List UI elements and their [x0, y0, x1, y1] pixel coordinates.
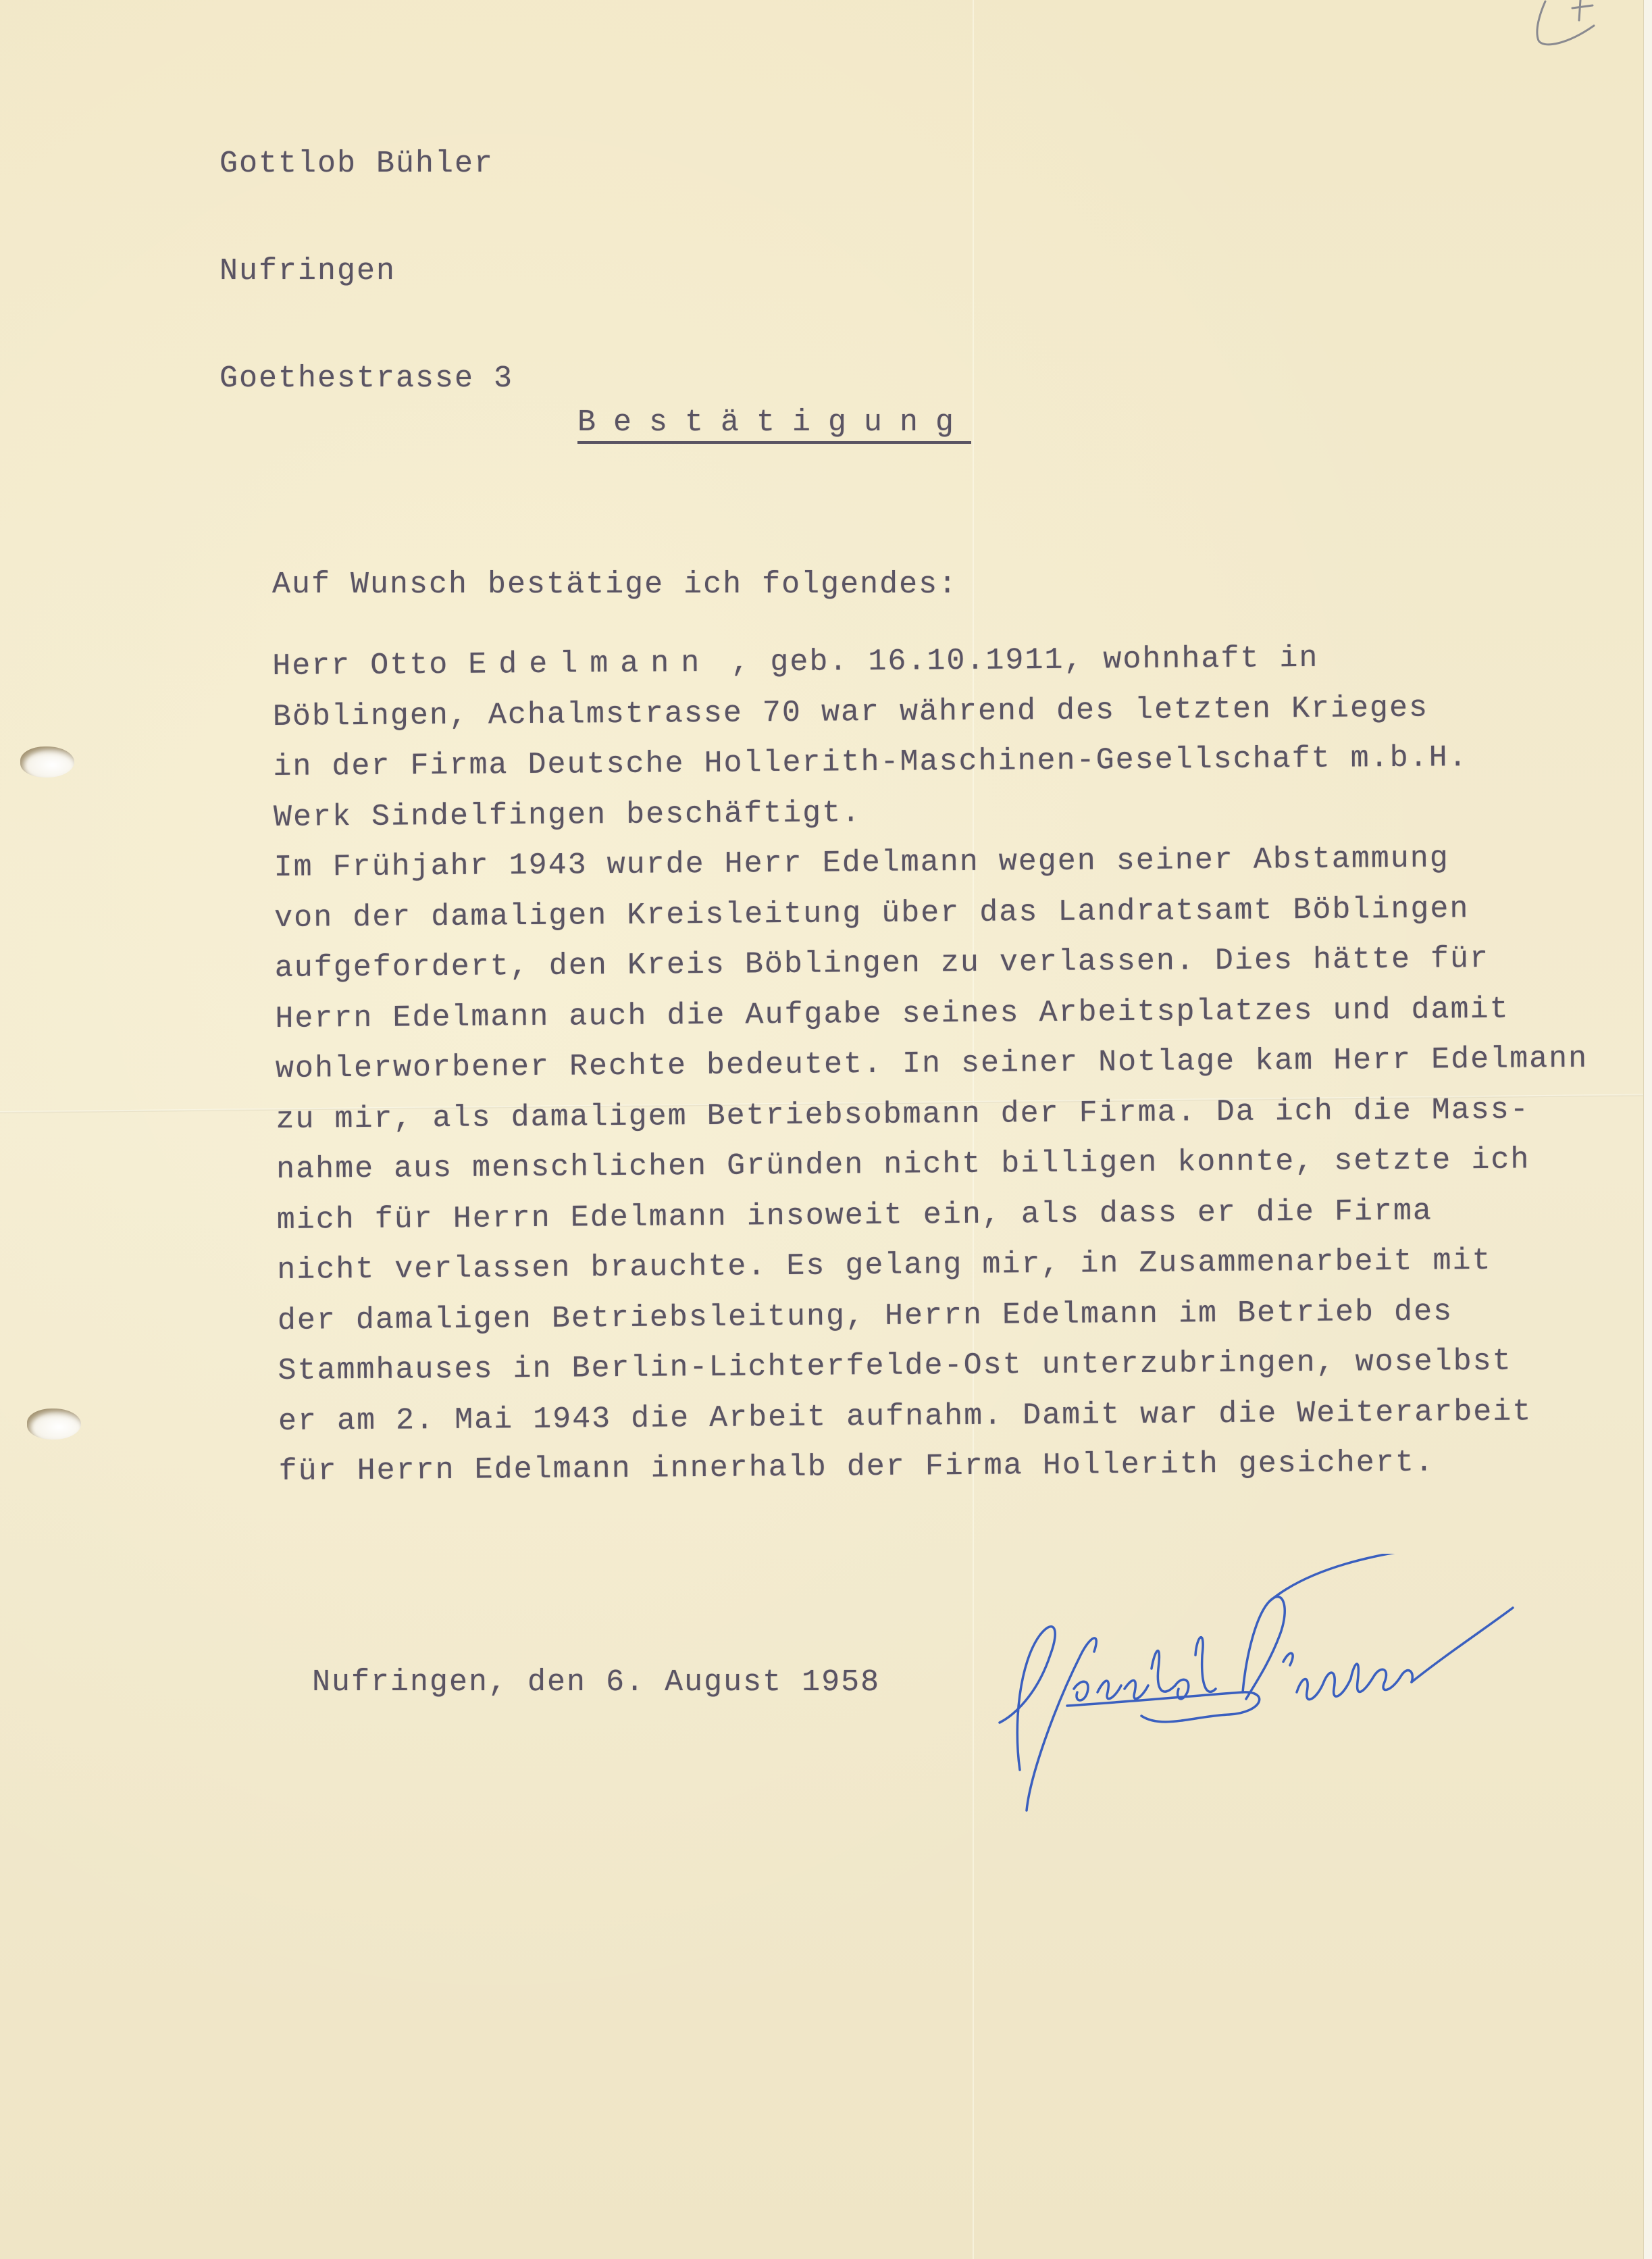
punch-hole-bottom	[27, 1408, 81, 1440]
person-name-spaced: Edelmann	[468, 646, 711, 682]
sender-town: Nufringen	[220, 253, 513, 289]
body-line: nahme aus menschlichen Gründen nicht bil…	[276, 1134, 1641, 1195]
place-and-date: Nufringen, den 6. August 1958	[312, 1665, 880, 1700]
handwritten-signature	[973, 1554, 1580, 1824]
body-line: in der Firma Deutsche Hollerith-Maschine…	[273, 732, 1638, 792]
punch-hole-top	[20, 746, 74, 778]
sender-street: Goethestrasse 3	[220, 361, 513, 397]
body-text: Herr Otto Edelmann , geb. 16.10.1911, wo…	[272, 631, 1643, 1497]
body-line: er am 2. Mai 1943 die Arbeit aufnahm. Da…	[278, 1386, 1643, 1447]
body-text-fragment: , geb. 16.10.1911, wohnhaft in	[711, 641, 1319, 680]
sender-name: Gottlob Bühler	[220, 146, 513, 182]
body-text-fragment: Herr Otto	[272, 648, 468, 684]
paper-edge	[1643, 0, 1652, 2259]
pencil-annotation-icon	[1506, 0, 1614, 54]
sender-address: Gottlob Bühler Nufringen Goethestrasse 3	[220, 74, 513, 432]
body-line: für Herrn Edelmann innerhalb der Firma H…	[278, 1436, 1643, 1497]
document-title: Bestätigung	[577, 405, 971, 444]
intro-line: Auf Wunsch bestätige ich folgendes:	[272, 567, 958, 602]
